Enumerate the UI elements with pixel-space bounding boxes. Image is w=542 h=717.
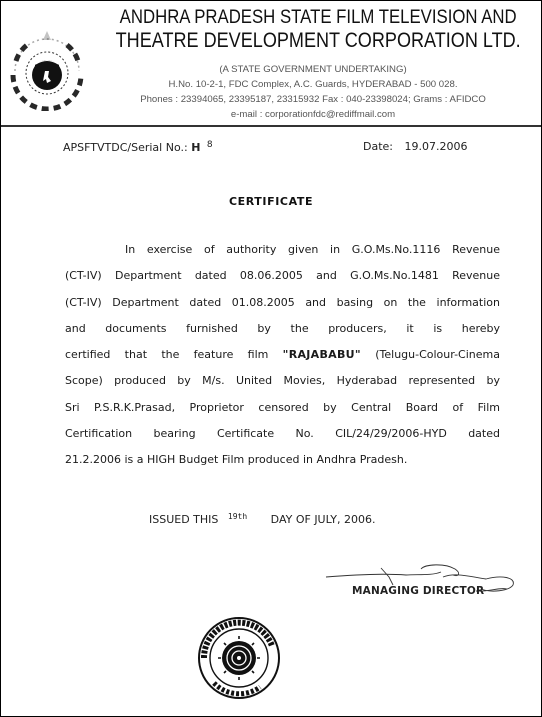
corporation-emblem-icon (5, 27, 89, 111)
handwritten-signature-icon (321, 563, 541, 603)
letterhead-divider (1, 125, 541, 127)
body-line: 21.2.2006 is a HIGH Budget Film produced… (65, 447, 500, 473)
certificate-title: CERTIFICATE (1, 195, 541, 208)
organization-details: (A STATE GOVERNMENT UNDERTAKING) H.No. 1… (93, 62, 533, 122)
serial-number-handwritten: 8 (207, 140, 213, 150)
body-line: (CT-IV) Department dated 01.08.2005 and … (65, 290, 500, 316)
date-value: 19.07.2006 (405, 140, 468, 153)
organization-contacts: Phones : 23394065, 23395187, 23315932 Fa… (93, 92, 533, 107)
organization-name: ANDHRA PRADESH STATE FILM TELEVISION AND… (95, 5, 541, 53)
body-text-fragment: (Telugu-Colour-Cinema (361, 348, 500, 361)
body-line: Certification bearing Certificate No. CI… (65, 421, 500, 447)
body-line: (CT-IV) Department dated 08.06.2005 and … (65, 263, 500, 289)
issued-prefix: ISSUED THIS (149, 513, 218, 526)
body-line: and documents furnished by the producers… (65, 316, 500, 342)
date-label: Date: (363, 140, 393, 153)
letterhead: ANDHRA PRADESH STATE FILM TELEVISION AND… (1, 1, 541, 118)
serial-value: H (191, 141, 200, 154)
organization-address: H.No. 10-2-1, FDC Complex, A.C. Guards, … (93, 77, 533, 92)
serial-label: APSFTVTDC/Serial No.: (63, 141, 188, 154)
film-name: "RAJABABU" (283, 348, 361, 361)
issue-date: Date: 19.07.2006 (363, 140, 467, 153)
issued-day: 19th (228, 512, 247, 521)
certificate-page: ANDHRA PRADESH STATE FILM TELEVISION AND… (0, 0, 542, 717)
signatory-designation: MANAGING DIRECTOR (352, 585, 484, 597)
organization-name-line-2: THEATRE DEVELOPMENT CORPORATION LTD. (95, 29, 541, 53)
body-text-fragment: certified that the feature film (65, 348, 283, 361)
issued-statement: ISSUED THIS 19th DAY OF JULY, 2006. (149, 512, 375, 526)
official-seal-stamp-icon (194, 613, 284, 703)
body-line: Sri P.S.R.K.Prasad, Proprietor censored … (65, 395, 500, 421)
organization-subtitle: (A STATE GOVERNMENT UNDERTAKING) (93, 62, 533, 77)
body-line: certified that the feature film "RAJABAB… (65, 342, 500, 368)
organization-name-line-1: ANDHRA PRADESH STATE FILM TELEVISION AND (95, 5, 541, 29)
body-line: Scope) produced by M/s. United Movies, H… (65, 368, 500, 394)
serial-number: APSFTVTDC/Serial No.: H 8 (63, 140, 213, 154)
body-line: In exercise of authority given in G.O.Ms… (65, 237, 500, 263)
issued-suffix: DAY OF JULY, 2006. (271, 513, 376, 526)
organization-email: e-mail : corporationfdc@rediffmail.com (93, 107, 533, 122)
certificate-body: In exercise of authority given in G.O.Ms… (65, 237, 500, 474)
